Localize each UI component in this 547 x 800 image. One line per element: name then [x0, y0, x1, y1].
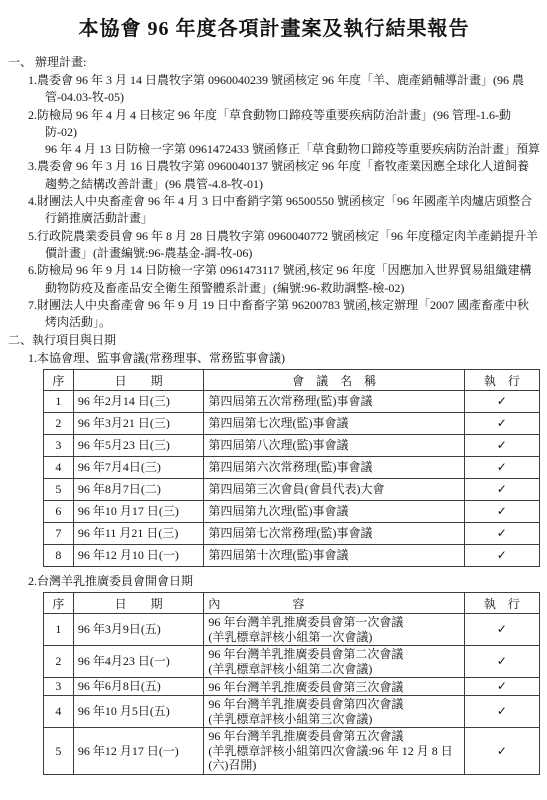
section2-heading: 二、執行項目與日期	[8, 332, 540, 349]
checkmark-icon: ✓	[497, 460, 507, 474]
content-line: (羊乳標章評核小組第一次會議)	[208, 630, 459, 645]
table-row: 596 年12 月17 日(一)96 年台灣羊乳推廣委員會第五次會議(羊乳標章評…	[44, 728, 540, 775]
date-cell: 96 年6月8日(五)	[73, 678, 204, 696]
plan-item-2: 2.防檢局 96 年 4 月 4 日核定 96 年度「草食動物口蹄疫等重要疾病防…	[28, 107, 540, 159]
table-row: 496 年7月4日(三)第四屆第六次常務理(監)事會議✓	[44, 457, 540, 479]
exec-cell: ✓	[464, 646, 539, 678]
content-cell: 96 年台灣羊乳推廣委員會第四次會議(羊乳標章評核小組第三次會議)	[204, 696, 464, 728]
exec-cell: ✓	[464, 696, 539, 728]
table-header-row: 序日 期內 容執 行	[44, 593, 540, 614]
date-cell: 96 年7月4日(三)	[73, 457, 204, 479]
content-line: 96 年台灣羊乳推廣委員會第一次會議	[208, 615, 459, 630]
seq-cell: 1	[44, 391, 74, 413]
column-header: 執 行	[464, 370, 539, 391]
seq-cell: 4	[44, 696, 74, 728]
checkmark-icon: ✓	[497, 438, 507, 452]
content-cell: 96 年台灣羊乳推廣委員會第五次會議(羊乳標章評核小組第四次會議:96 年 12…	[204, 728, 464, 775]
exec-cell: ✓	[464, 614, 539, 646]
content-line: 96 年台灣羊乳推廣委員會第四次會議	[208, 697, 459, 712]
meeting-name-cell: 第四屆第五次常務理(監)事會議	[204, 391, 464, 413]
table-header-row: 序日 期會 議 名 稱執 行	[44, 370, 540, 391]
date-cell: 96 年12 月10 日(一)	[73, 545, 204, 567]
table-row: 896 年12 月10 日(一)第四屆第十次理(監)事會議✓	[44, 545, 540, 567]
plan-item-text: 3.農委會 96 年 3 月 16 日農牧字第 0960040137 號函核定 …	[28, 158, 540, 193]
seq-cell: 5	[44, 479, 74, 501]
meeting-name-cell: 第四屆第九次理(監)事會議	[204, 501, 464, 523]
date-cell: 96 年8月7日(二)	[73, 479, 204, 501]
page-title: 本協會 96 年度各項計畫案及執行結果報告	[8, 12, 540, 41]
section1-heading: 一、 辦理計畫:	[8, 54, 540, 71]
plan-item-6: 6.防檢局 96 年 9 月 14 日防檢一字第 0961473117 號函,核…	[28, 262, 540, 297]
checkmark-icon: ✓	[497, 482, 507, 496]
exec-cell: ✓	[464, 435, 539, 457]
seq-cell: 1	[44, 614, 74, 646]
plan-item-text: 1.農委會 96 年 3 月 14 日農牧字第 0960040239 號函核定 …	[28, 72, 540, 107]
column-header: 日 期	[73, 370, 204, 391]
table2-caption: 2.台灣羊乳推廣委員會開會日期	[28, 573, 540, 590]
content-cell: 96 年台灣羊乳推廣委員會第三次會議	[204, 678, 464, 696]
date-cell: 96 年5月23 日(三)	[73, 435, 204, 457]
checkmark-icon: ✓	[497, 504, 507, 518]
content-line: 96 年台灣羊乳推廣委員會第三次會議	[208, 680, 459, 695]
checkmark-icon: ✓	[497, 704, 507, 718]
date-cell: 96 年2月14 日(三)	[73, 391, 204, 413]
exec-cell: ✓	[464, 728, 539, 775]
column-header: 會 議 名 稱	[204, 370, 464, 391]
checkmark-icon: ✓	[497, 394, 507, 408]
content-line: (羊乳標章評核小組第二次會議)	[208, 662, 459, 677]
table-row: 696 年10 月17 日(三)第四屆第九次理(監)事會議✓	[44, 501, 540, 523]
plan-item-text: 5.行政院農業委員會 96 年 8 月 28 日農牧字第 0960040772 …	[28, 228, 540, 263]
table-row: 296 年3月21 日(三)第四屆第七次理(監)事會議✓	[44, 413, 540, 435]
column-header: 內 容	[204, 593, 464, 614]
date-cell: 96 年3月9日(五)	[73, 614, 204, 646]
content-line: (羊乳標章評核小組第三次會議)	[208, 712, 459, 727]
checkmark-icon: ✓	[497, 679, 507, 693]
date-cell: 96 年4月23 日(一)	[73, 646, 204, 678]
date-cell: 96 年10 月5日(五)	[73, 696, 204, 728]
plan-item-subtext: 96 年 4 月 13 日防檢一字第 0961472433 號函修正「草食動物口…	[28, 141, 540, 158]
date-cell: 96 年3月21 日(三)	[73, 413, 204, 435]
column-header: 序	[44, 370, 74, 391]
exec-cell: ✓	[464, 413, 539, 435]
plan-item-1: 1.農委會 96 年 3 月 14 日農牧字第 0960040239 號函核定 …	[28, 72, 540, 107]
plan-item-3: 3.農委會 96 年 3 月 16 日農牧字第 0960040137 號函核定 …	[28, 158, 540, 193]
plan-item-7: 7.財團法人中央畜產會 96 年 9 月 19 日中畜畜字第 96200783 …	[28, 297, 540, 332]
column-header: 執 行	[464, 593, 539, 614]
meeting-name-cell: 第四屆第七次常務理(監)事會議	[204, 523, 464, 545]
seq-cell: 3	[44, 678, 74, 696]
meeting-name-cell: 第四屆第三次會員(會員代表)大會	[204, 479, 464, 501]
seq-cell: 7	[44, 523, 74, 545]
checkmark-icon: ✓	[497, 416, 507, 430]
seq-cell: 2	[44, 646, 74, 678]
checkmark-icon: ✓	[497, 548, 507, 562]
plan-item-4: 4.財團法人中央畜產會 96 年 4 月 3 日中畜銷字第 96500550 號…	[28, 193, 540, 228]
meeting-name-cell: 第四屆第十次理(監)事會議	[204, 545, 464, 567]
table-row: 396 年6月8日(五)96 年台灣羊乳推廣委員會第三次會議✓	[44, 678, 540, 696]
column-header: 日 期	[73, 593, 204, 614]
exec-cell: ✓	[464, 457, 539, 479]
column-header: 序	[44, 593, 74, 614]
exec-cell: ✓	[464, 479, 539, 501]
plan-item-text: 2.防檢局 96 年 4 月 4 日核定 96 年度「草食動物口蹄疫等重要疾病防…	[28, 107, 540, 142]
table-row: 496 年10 月5日(五)96 年台灣羊乳推廣委員會第四次會議(羊乳標章評核小…	[44, 696, 540, 728]
checkmark-icon: ✓	[497, 744, 507, 758]
document-page: 本協會 96 年度各項計畫案及執行結果報告 一、 辦理計畫: 1.農委會 96 …	[0, 0, 547, 800]
plan-item-text: 7.財團法人中央畜產會 96 年 9 月 19 日中畜畜字第 96200783 …	[28, 297, 540, 332]
meeting-name-cell: 第四屆第六次常務理(監)事會議	[204, 457, 464, 479]
table-row: 296 年4月23 日(一)96 年台灣羊乳推廣委員會第二次會議(羊乳標章評核小…	[44, 646, 540, 678]
goat-milk-committee-table: 序日 期內 容執 行196 年3月9日(五)96 年台灣羊乳推廣委員會第一次會議…	[43, 592, 540, 775]
plan-list: 1.農委會 96 年 3 月 14 日農牧字第 0960040239 號函核定 …	[28, 72, 540, 331]
checkmark-icon: ✓	[497, 622, 507, 636]
table-row: 396 年5月23 日(三)第四屆第八次理(監)事會議✓	[44, 435, 540, 457]
content-cell: 96 年台灣羊乳推廣委員會第一次會議(羊乳標章評核小組第一次會議)	[204, 614, 464, 646]
plan-item-5: 5.行政院農業委員會 96 年 8 月 28 日農牧字第 0960040772 …	[28, 228, 540, 263]
seq-cell: 6	[44, 501, 74, 523]
exec-cell: ✓	[464, 678, 539, 696]
content-line: (羊乳標章評核小組第四次會議:96 年 12 月 8 日(六)召開)	[208, 744, 459, 773]
exec-cell: ✓	[464, 545, 539, 567]
table-row: 796 年11 月21 日(三)第四屆第七次常務理(監)事會議✓	[44, 523, 540, 545]
exec-cell: ✓	[464, 523, 539, 545]
seq-cell: 3	[44, 435, 74, 457]
plan-item-text: 4.財團法人中央畜產會 96 年 4 月 3 日中畜銷字第 96500550 號…	[28, 193, 540, 228]
table-row: 196 年3月9日(五)96 年台灣羊乳推廣委員會第一次會議(羊乳標章評核小組第…	[44, 614, 540, 646]
plan-item-text: 6.防檢局 96 年 9 月 14 日防檢一字第 0961473117 號函,核…	[28, 262, 540, 297]
checkmark-icon: ✓	[497, 654, 507, 668]
table1-caption: 1.本協會理、監事會議(常務理事、常務監事會議)	[28, 350, 540, 367]
seq-cell: 2	[44, 413, 74, 435]
date-cell: 96 年10 月17 日(三)	[73, 501, 204, 523]
meeting-name-cell: 第四屆第七次理(監)事會議	[204, 413, 464, 435]
exec-cell: ✓	[464, 501, 539, 523]
date-cell: 96 年11 月21 日(三)	[73, 523, 204, 545]
content-line: 96 年台灣羊乳推廣委員會第二次會議	[208, 647, 459, 662]
content-cell: 96 年台灣羊乳推廣委員會第二次會議(羊乳標章評核小組第二次會議)	[204, 646, 464, 678]
board-meetings-table: 序日 期會 議 名 稱執 行196 年2月14 日(三)第四屆第五次常務理(監)…	[43, 369, 540, 567]
meeting-name-cell: 第四屆第八次理(監)事會議	[204, 435, 464, 457]
seq-cell: 8	[44, 545, 74, 567]
seq-cell: 5	[44, 728, 74, 775]
date-cell: 96 年12 月17 日(一)	[73, 728, 204, 775]
content-line: 96 年台灣羊乳推廣委員會第五次會議	[208, 729, 459, 744]
table-row: 596 年8月7日(二)第四屆第三次會員(會員代表)大會✓	[44, 479, 540, 501]
checkmark-icon: ✓	[497, 526, 507, 540]
seq-cell: 4	[44, 457, 74, 479]
exec-cell: ✓	[464, 391, 539, 413]
table-row: 196 年2月14 日(三)第四屆第五次常務理(監)事會議✓	[44, 391, 540, 413]
